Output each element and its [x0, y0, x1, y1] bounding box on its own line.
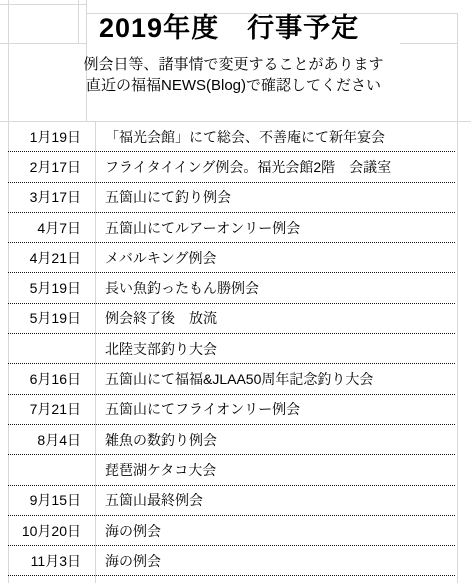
event-description: 五箇山にて釣り例会: [95, 187, 231, 207]
table-row: 5月19日 長い魚釣ったもん勝例会: [8, 273, 455, 303]
table-row: 7月21日 五箇山にてフライオンリー例会: [8, 395, 455, 425]
notice-line-2: 直近の福福NEWS(Blog)で確認してください: [0, 75, 467, 96]
event-description: 五箇山にてルアーオンリー例会: [95, 218, 300, 238]
table-row: 4月7日 五箇山にてルアーオンリー例会: [8, 213, 455, 243]
event-date: 5月19日: [8, 278, 95, 298]
event-date: 2月17日: [8, 157, 95, 177]
notice: 例会日等、諸事情で変更することがあります 直近の福福NEWS(Blog)で確認し…: [0, 54, 467, 96]
table-row: 3月17日 五箇山にて釣り例会: [8, 183, 455, 213]
schedule-table: 1月19日 「福光会館」にて総会、不善庵にて新年宴会 2月17日 フライタイイン…: [8, 122, 455, 576]
event-date: 4月21日: [8, 248, 95, 268]
event-date: 5月19日: [8, 308, 95, 328]
gridline: [78, 0, 79, 43]
table-row: 琵琶湖ケタコ大会: [8, 455, 455, 485]
event-description: フライタイイング例会。福光会館2階 会議室: [95, 157, 391, 177]
table-row: 1月19日 「福光会館」にて総会、不善庵にて新年宴会: [8, 122, 455, 152]
event-date: 3月17日: [8, 187, 95, 207]
event-date: 4月7日: [8, 218, 95, 238]
event-description: 雑魚の数釣り例会: [95, 430, 217, 450]
notice-line-1: 例会日等、諸事情で変更することがあります: [0, 54, 467, 75]
table-row: 2月17日 フライタイイング例会。福光会館2階 会議室: [8, 152, 455, 182]
event-description: 「福光会館」にて総会、不善庵にて新年宴会: [95, 127, 385, 147]
table-row: 6月16日 五箇山にて福福&JLAA50周年記念釣り大会: [8, 364, 455, 394]
table-row: 4月21日 メバルキング例会: [8, 243, 455, 273]
table-row: 北陸支部釣り大会: [8, 334, 455, 364]
table-row: 11月3日 海の例会: [8, 546, 455, 576]
gridline: [400, 43, 457, 44]
event-description: 五箇山にて福福&JLAA50周年記念釣り大会: [95, 369, 373, 389]
spreadsheet-page: 2019年度 行事予定 例会日等、諸事情で変更することがあります 直近の福福NE…: [0, 0, 471, 583]
event-description: 海の例会: [95, 551, 161, 571]
event-date: 8月4日: [8, 430, 95, 450]
event-description: 海の例会: [95, 521, 161, 541]
event-date: 10月20日: [8, 521, 95, 541]
gridline: [457, 13, 458, 583]
table-row: 8月4日 雑魚の数釣り例会: [8, 425, 455, 455]
event-date: 11月3日: [8, 551, 95, 571]
table-row: 10月20日 海の例会: [8, 516, 455, 546]
event-description: 五箇山にてフライオンリー例会: [95, 399, 300, 419]
event-date: 7月21日: [8, 399, 95, 419]
table-row: 5月19日 例会終了後 放流: [8, 304, 455, 334]
table-row: 9月15日 五箇山最終例会: [8, 486, 455, 516]
gridline: [0, 4, 86, 5]
event-date: 1月19日: [8, 127, 95, 147]
event-date: 9月15日: [8, 490, 95, 510]
event-description: 琵琶湖ケタコ大会: [95, 460, 216, 480]
gridline: [0, 43, 86, 44]
event-description: メバルキング例会: [95, 248, 216, 268]
event-description: 五箇山最終例会: [95, 490, 203, 510]
event-description: 長い魚釣ったもん勝例会: [95, 278, 259, 298]
event-date: 6月16日: [8, 369, 95, 389]
page-title: 2019年度 行事予定: [99, 13, 359, 44]
event-description: 例会終了後 放流: [95, 308, 217, 328]
event-description: 北陸支部釣り大会: [95, 339, 217, 359]
